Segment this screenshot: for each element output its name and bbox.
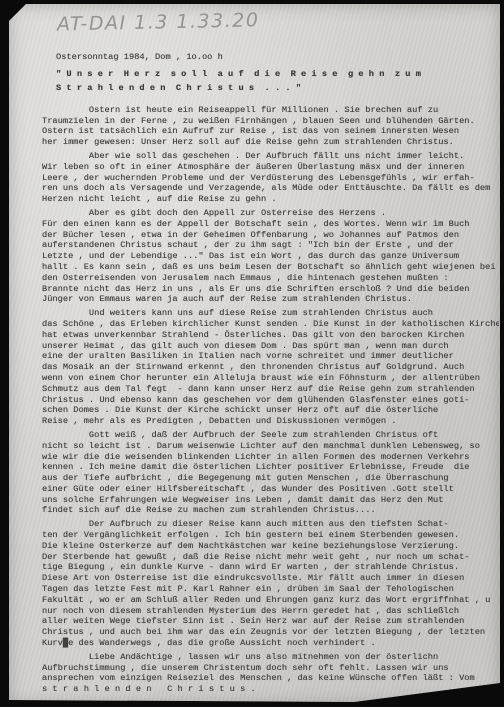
text-line: schen Domes . Die Kunst der Kirche schic… — [42, 405, 499, 416]
text-line: das Mosaik an der Stirnwand erkennt , de… — [42, 362, 499, 373]
text-line: das Schöne , das Erleben kirchlicher Kun… — [42, 319, 499, 330]
text-line: wenn von einem Chor herunter ein Alleluj… — [42, 373, 499, 384]
text-line: hat etwas unverkennbar Strahlend - Öster… — [42, 330, 499, 341]
text-line: der Bücher lesen , etwa in der Geheimen … — [42, 230, 499, 241]
text-line: tige Biegung , ein dunkle Kurve - dann w… — [42, 562, 499, 573]
text-line: nur noch von diesem strahlenden Mysteriu… — [42, 606, 499, 617]
text-line: Der Aufbruch zu dieser Reise kann auch m… — [42, 519, 499, 530]
archive-reference-annotation: AT-DAI 1.3 1.33.20 — [57, 8, 297, 35]
text-line: den Osterreisenden von Jerusalem nach Em… — [42, 273, 499, 284]
text-line: Der Sterbende hat gewußt , daß die Reise… — [42, 552, 499, 563]
text-line: Traumzielen in der Ferne , zu weißen Fir… — [42, 116, 499, 127]
scanned-document-view: AT-DAI 1.3 1.33.20 Ostersonntag 1984, Do… — [0, 0, 504, 707]
text-line: eine der uralten Basiliken in Italien na… — [42, 351, 499, 362]
text-line: her immer gewesen: Unser Herz soll auf d… — [42, 137, 499, 148]
paragraph: Liebe Andächtige , lassen wir uns also m… — [42, 652, 499, 695]
text-line: Kurv█e des Wanderwegs , das die große Au… — [42, 638, 499, 649]
text-line: Wir leben so oft in einer Atmosphäre der… — [42, 162, 499, 173]
sermon-body: Ostern ist heute ein Reiseappell für Mil… — [42, 105, 499, 695]
text-line: ten der Vergänglichkeit erfolgen . Ich b… — [42, 530, 499, 541]
sermon-title-line-1: " U n s e r H e r z s o l l a u f d i e … — [56, 67, 499, 81]
text-line: Die kleine Osterkerze auf dem Nachtkästc… — [42, 541, 499, 552]
typed-text-block: Ostersonntag 1984, Dom , 1o.oo h " U n s… — [42, 52, 499, 700]
sermon-title-line-2: S t r a h l e n d e n C h r i s t u s . … — [56, 81, 499, 95]
text-line: wie wir die die weisenden blinkenden Lic… — [42, 452, 499, 463]
paragraph: Der Aufbruch zu dieser Reise kann auch m… — [42, 519, 499, 649]
paragraph: Aber wie soll das geschehen . Der Aufbru… — [42, 151, 499, 205]
text-line: auferstandenen Christus schaut , der zu … — [42, 240, 499, 251]
text-line: Christus , und auch bei ihm war das ein … — [42, 627, 499, 638]
text-line: aller weiten Wege tiefster Sinn ist . Se… — [42, 616, 499, 627]
text-line: Ostern ist heute ein Reiseappell für Mil… — [42, 105, 499, 116]
sermon-title: " U n s e r H e r z s o l l a u f d i e … — [42, 67, 499, 95]
text-line: Liebe Andächtige , lassen wir uns also m… — [42, 652, 499, 663]
text-line: Für den einen kann es der Appell der Bot… — [42, 219, 499, 230]
text-line: Ostern ist tatsächlich ein Aufruf zur Re… — [42, 126, 499, 137]
text-line: kennen . Ich meine damit die österlichen… — [42, 462, 499, 473]
text-line: Christus . Und ebenso kann das geschehen… — [42, 395, 499, 406]
text-line: Letzte , und der Lebendige ..." Das ist … — [42, 251, 499, 262]
text-line: Aufbruchstimmung , die unserem Christent… — [42, 663, 499, 674]
text-line: Diese Art von Osterreise ist die eindruk… — [42, 573, 499, 584]
paragraph: Aber es gibt doch den Appell zur Osterre… — [42, 208, 499, 305]
text-line: unserer Heimat , das gilt auch von diese… — [42, 341, 499, 352]
text-line: hallt . Es kann sein , daß es uns beim L… — [42, 262, 499, 273]
paragraph: Und weiters kann uns auf diese Reise zum… — [42, 308, 499, 427]
text-line: Schmutz aus dem Tal fegt - dann kann uns… — [42, 384, 499, 395]
text-line: Und weiters kann uns auf diese Reise zum… — [42, 308, 499, 319]
paragraph: Gott weiß , daß der Aufbruch der Seele z… — [42, 430, 499, 516]
text-line: Tagen das letzte Fest mit P. Karl Rahner… — [42, 584, 499, 595]
typescript-page: AT-DAI 1.3 1.33.20 Ostersonntag 1984, Do… — [9, 4, 500, 704]
text-line: Reise , mehr als es Predigten , Debatten… — [42, 416, 499, 427]
text-line: uns solche Erfahrungen wie Wegweiser ins… — [42, 495, 499, 506]
text-line: findet sich auf die Reise zu machen zum … — [42, 505, 499, 516]
text-line: Brannte nicht das Herz in uns , als Er u… — [42, 284, 499, 295]
paragraph: Ostern ist heute ein Reiseappell für Mil… — [42, 105, 499, 148]
text-line: s t r a h l e n d e n C h r i s t u s . — [42, 684, 499, 695]
dateline: Ostersonntag 1984, Dom , 1o.oo h — [56, 52, 499, 63]
text-line: nicht so leicht ist . Darum weisenwie Li… — [42, 441, 499, 452]
text-line: Leere , der wuchernden Probleme und der … — [42, 173, 499, 184]
text-line: Herzen nicht leicht , auf die Reise zu g… — [42, 194, 499, 205]
text-line: Jünger von Emmaus waren ja auch auf der … — [42, 294, 499, 305]
text-line: ren uns doch als Versagende und Verzagen… — [42, 183, 499, 194]
text-line: Aber wie soll das geschehen . Der Aufbru… — [42, 151, 499, 162]
text-line: Fakultät , wo er am Schluß aller Reden u… — [42, 595, 499, 606]
text-line: Aber es gibt doch den Appell zur Osterre… — [42, 208, 499, 219]
text-line: aus der Tiefe aufbricht , die Begegenung… — [42, 473, 499, 484]
text-line: einer Güte oder einer Hilfsbereitschaft … — [42, 484, 499, 495]
text-line: Gott weiß , daß der Aufbruch der Seele z… — [42, 430, 499, 441]
text-line: ansprechen vom einzigen Reiseziel des Me… — [42, 673, 499, 684]
